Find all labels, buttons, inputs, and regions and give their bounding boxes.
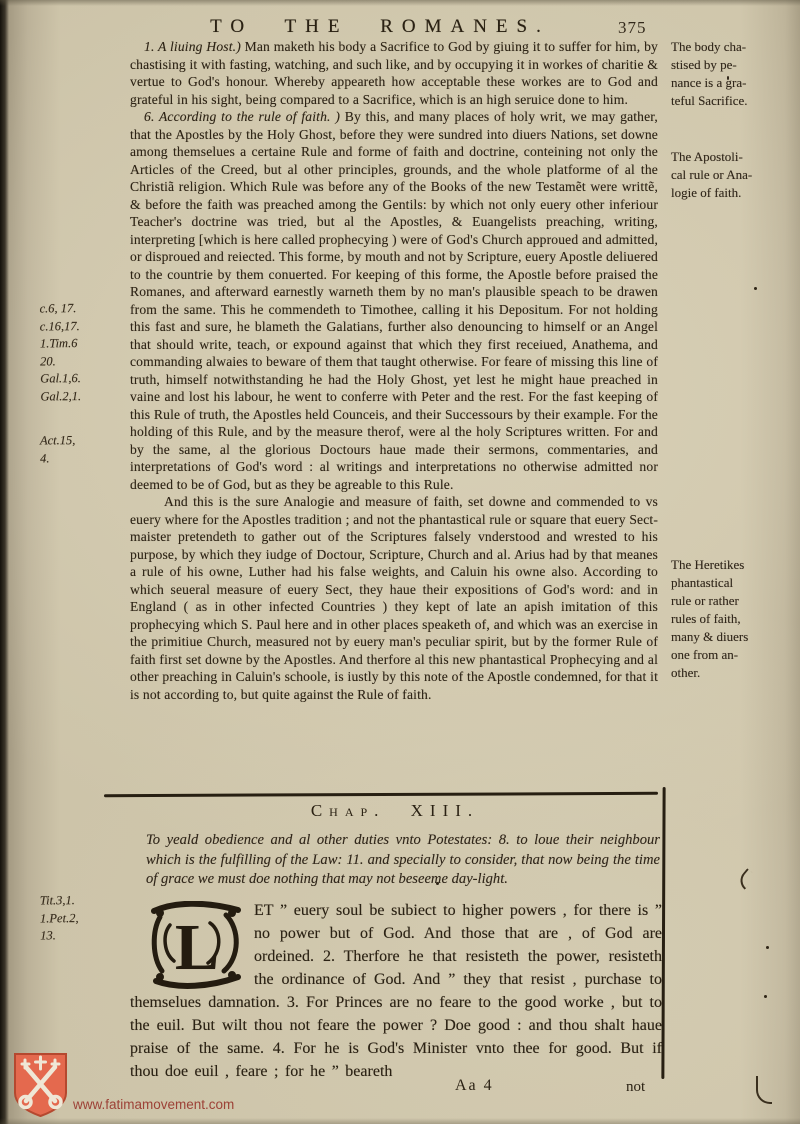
annotation-2-lemma: 6. According to the rule of faith. ): [144, 109, 340, 124]
margin-citations-group-1: c.6, 17. c.16,17. 1.Tim.6 20. Gal.1,6. G…: [39, 300, 128, 406]
ink-stroke: [736, 868, 757, 890]
margin-note-body-chastised: The body cha- stised by pe- nance is a g…: [671, 38, 793, 110]
ink-speck: [754, 287, 757, 290]
dropcap-woodcut: L: [148, 901, 244, 989]
annotation-1-lemma: 1. A liuing Host.): [144, 39, 241, 54]
watermark-url: www.fatimamovement.com: [73, 1097, 234, 1112]
margin-note-heretikes-rule: The Heretikes phantastical rule or rathe…: [671, 556, 793, 682]
ink-speck: [764, 995, 767, 998]
main-text-column: 1. A liuing Host.) Man maketh his body a…: [130, 38, 658, 703]
ink-speck: [766, 946, 769, 949]
annotation-2-text: By this, and many places of holy writ, w…: [130, 109, 658, 492]
running-header: To the Romanes.: [120, 16, 640, 38]
chapter-argument: To yeald obedience and al other duties v…: [146, 831, 660, 890]
chapter-text-block: L ET ” euery soul be subiect to higher p…: [130, 899, 662, 1083]
margin-citations-group-2: Act.15, 4.: [40, 432, 128, 468]
annotation-paragraph-3: And this is the sure Analogie and measur…: [130, 493, 658, 703]
svg-text:L: L: [175, 911, 219, 984]
book-page: To the Romanes. 375 1. A liuing Host.) M…: [0, 0, 800, 1124]
dropcap-ornament-icon: L: [148, 901, 244, 989]
page-binding-edge: [0, 0, 9, 1124]
page-number: 375: [618, 18, 647, 38]
quire-signature: Aa 4: [455, 1077, 494, 1095]
chapter-heading: Chap. XIII.: [130, 801, 660, 821]
page-bottom-edge: [0, 1118, 800, 1124]
margin-citations-group-3: Tit.3,1. 1.Pet.2, 13.: [40, 892, 129, 945]
annotation-paragraph-1: 1. A liuing Host.) Man maketh his body a…: [130, 38, 658, 108]
section-divider-rule: [104, 792, 658, 797]
ink-stroke: [756, 1076, 772, 1104]
annotation-paragraph-2: 6. According to the rule of faith. ) By …: [130, 108, 658, 493]
chapter-verse-text: L ET ” euery soul be subiect to higher p…: [130, 899, 662, 1083]
ink-speck: [436, 882, 439, 885]
margin-note-apostolical-rule: The Apostoli- cal rule or Ana- logie of …: [671, 148, 793, 202]
ink-speck: [727, 76, 729, 80]
page-top-edge: [0, 0, 800, 6]
catchword: not: [626, 1079, 645, 1096]
fatima-movement-shield-logo: [12, 1051, 69, 1119]
